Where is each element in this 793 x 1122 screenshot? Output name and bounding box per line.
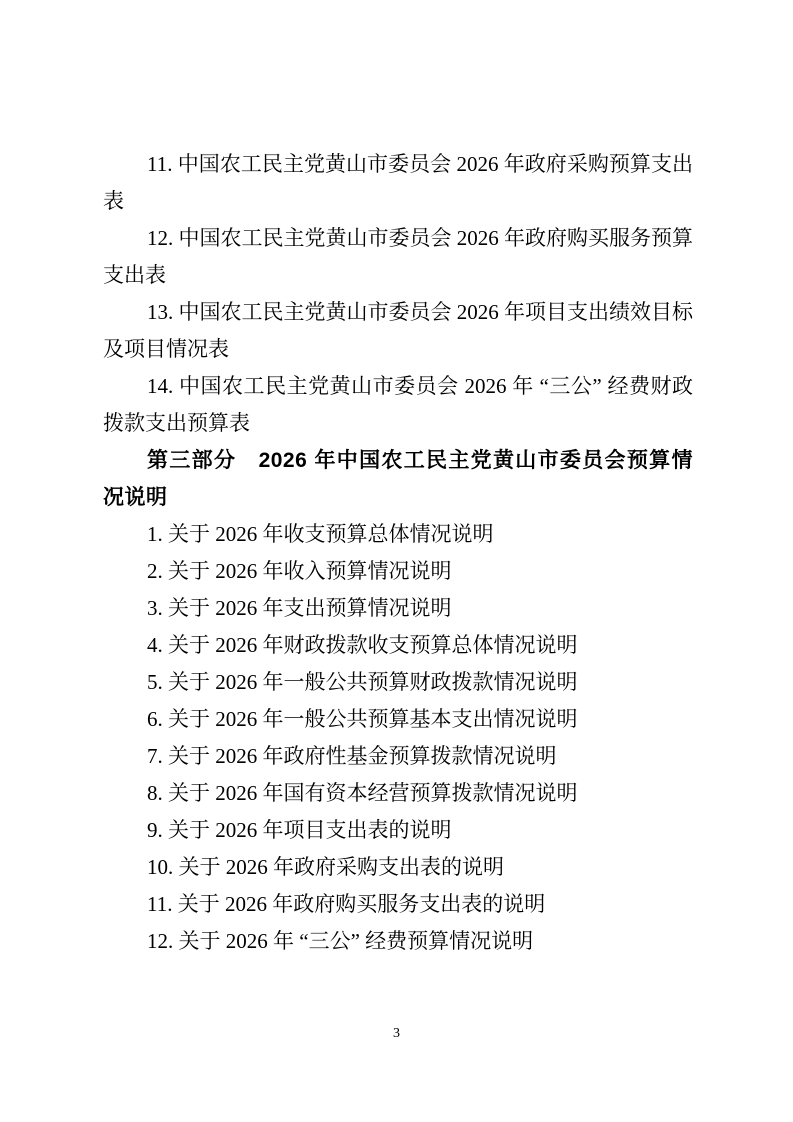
toc-item-note-10: 10. 关于 2026 年政府采购支出表的说明: [103, 849, 693, 886]
toc-item-note-9: 9. 关于 2026 年项目支出表的说明: [103, 812, 693, 849]
toc-item-note-4: 4. 关于 2026 年财政拨款收支预算总体情况说明: [103, 627, 693, 664]
toc-item-note-3: 3. 关于 2026 年支出预算情况说明: [103, 590, 693, 627]
document-content: 11. 中国农工民主党黄山市委员会 2026 年政府采购预算支出表 12. 中国…: [103, 0, 693, 960]
toc-item-note-8: 8. 关于 2026 年国有资本经营预算拨款情况说明: [103, 775, 693, 812]
toc-item-note-2: 2. 关于 2026 年收入预算情况说明: [103, 553, 693, 590]
toc-item-table-12: 12. 中国农工民主党黄山市委员会 2026 年政府购买服务预算支出表: [103, 220, 693, 294]
toc-item-note-12: 12. 关于 2026 年 “三公” 经费预算情况说明: [103, 923, 693, 960]
page-number: 3: [0, 1024, 793, 1044]
toc-item-table-11: 11. 中国农工民主党黄山市委员会 2026 年政府采购预算支出表: [103, 146, 693, 220]
toc-item-table-13: 13. 中国农工民主党黄山市委员会 2026 年项目支出绩效目标及项目情况表: [103, 294, 693, 368]
toc-item-note-5: 5. 关于 2026 年一般公共预算财政拨款情况说明: [103, 664, 693, 701]
section-heading-part3: 第三部分 2026 年中国农工民主党黄山市委员会预算情况说明: [103, 442, 693, 516]
toc-item-note-1: 1. 关于 2026 年收支预算总体情况说明: [103, 516, 693, 553]
toc-item-note-7: 7. 关于 2026 年政府性基金预算拨款情况说明: [103, 738, 693, 775]
toc-item-note-6: 6. 关于 2026 年一般公共预算基本支出情况说明: [103, 701, 693, 738]
toc-item-note-11: 11. 关于 2026 年政府购买服务支出表的说明: [103, 886, 693, 923]
document-page: 11. 中国农工民主党黄山市委员会 2026 年政府采购预算支出表 12. 中国…: [0, 0, 793, 1122]
toc-item-table-14: 14. 中国农工民主党黄山市委员会 2026 年 “三公” 经费财政拨款支出预算…: [103, 368, 693, 442]
